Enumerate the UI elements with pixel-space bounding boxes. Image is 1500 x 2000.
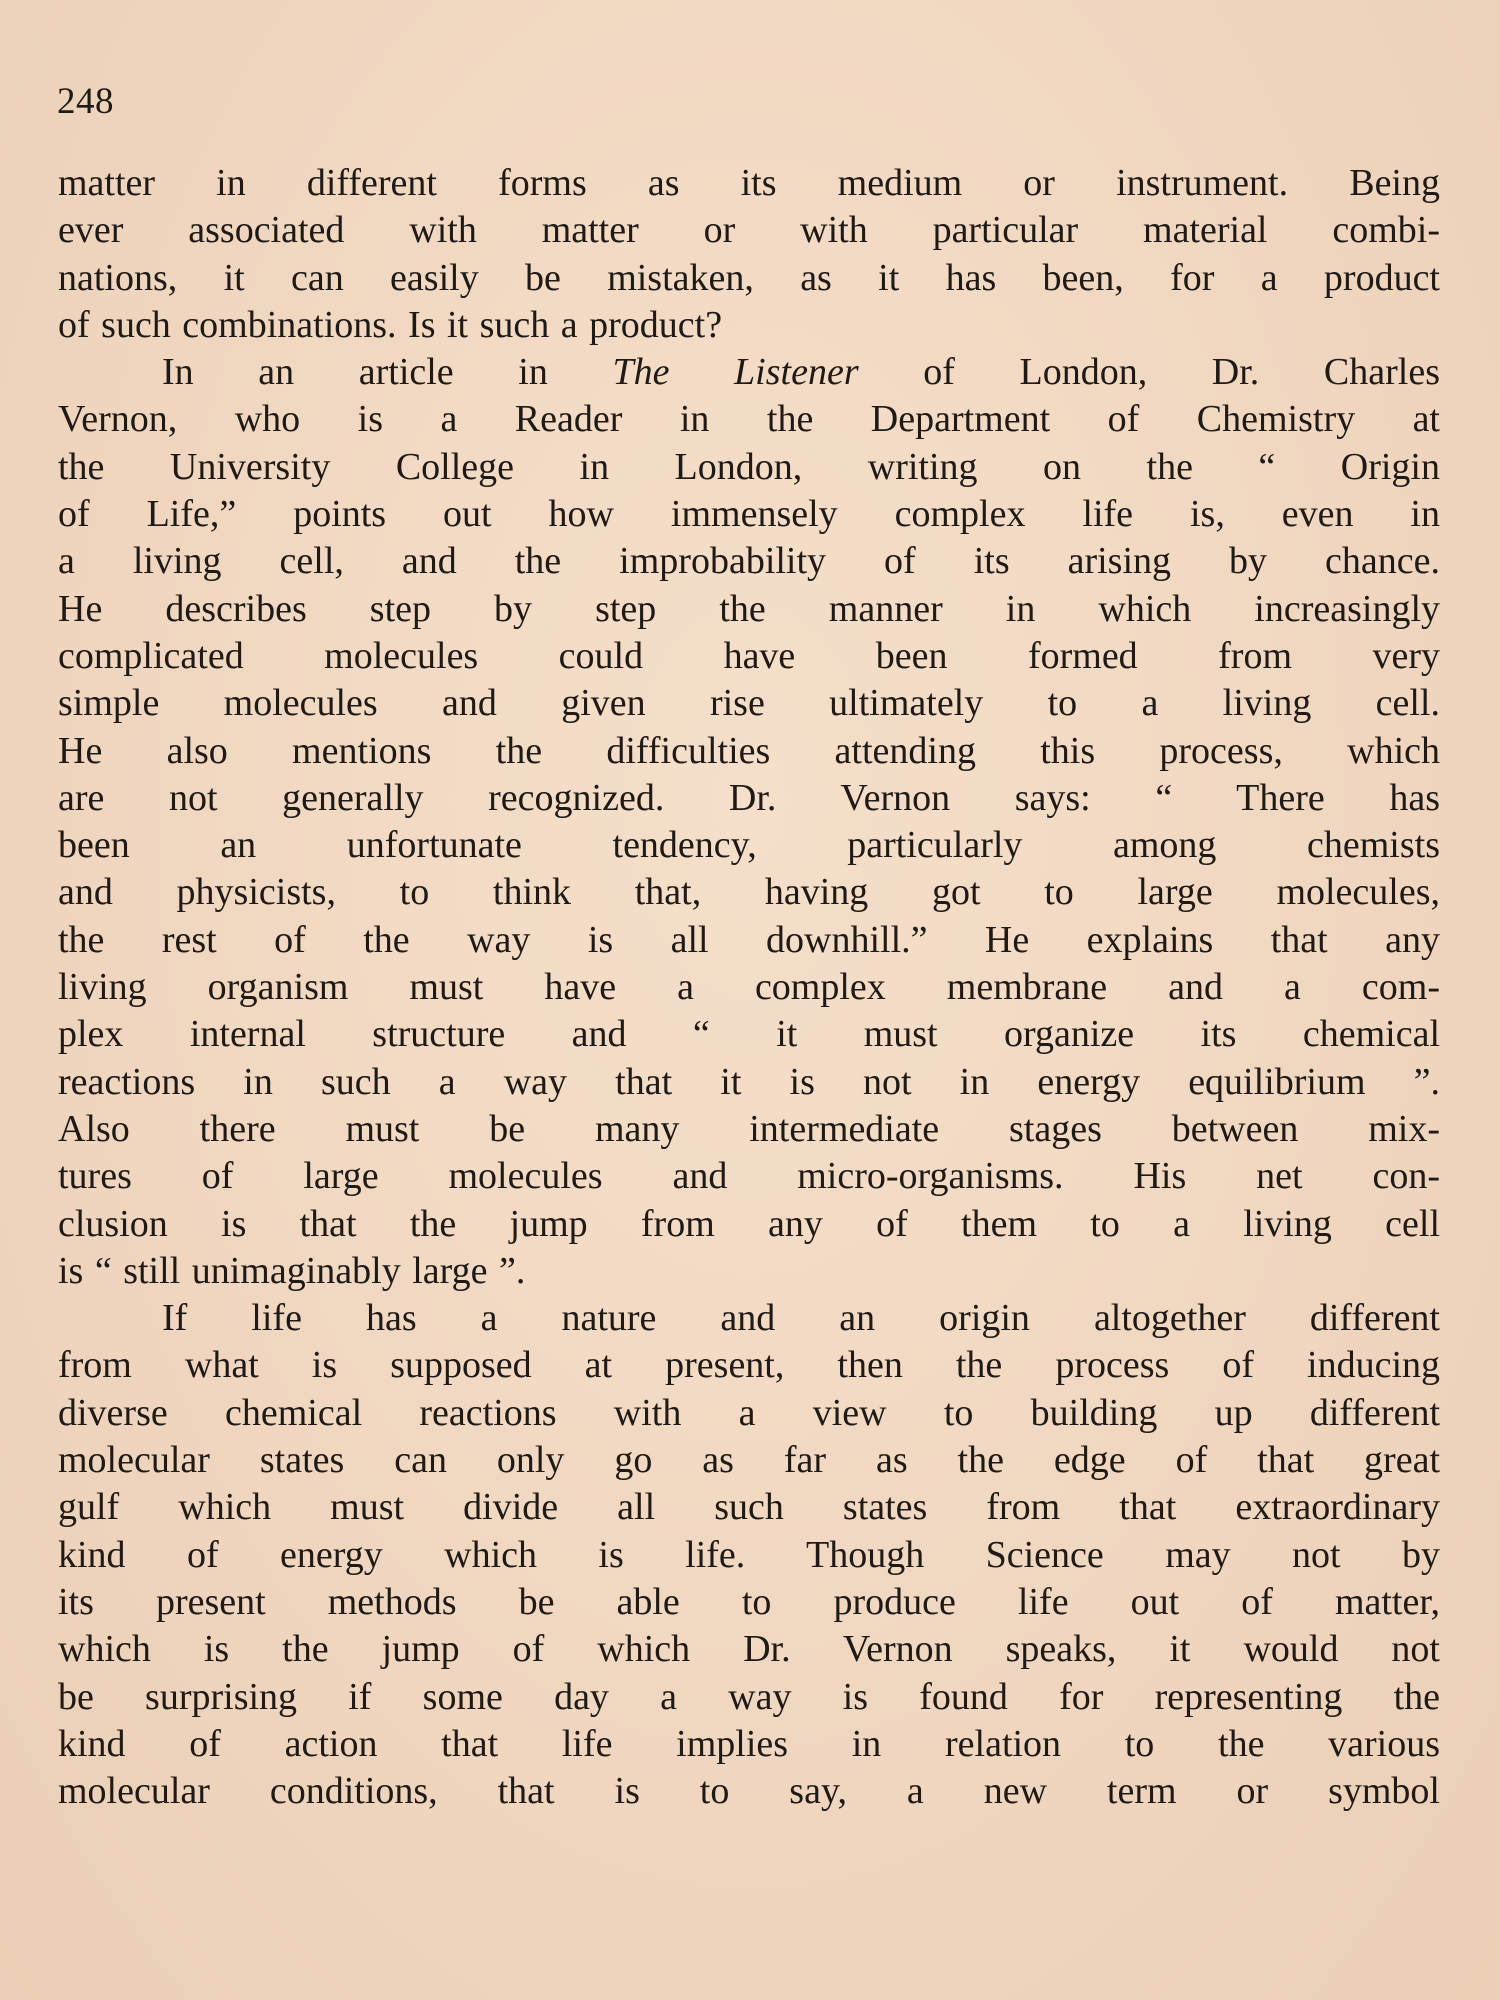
text-line: matter in different forms as its medium … — [58, 160, 1440, 207]
text-line: Also there must be many intermediate sta… — [58, 1106, 1440, 1153]
text-line: been an unfortunate tendency, particular… — [58, 822, 1440, 869]
text-line: diverse chemical reactions with a view t… — [58, 1390, 1440, 1437]
text-line: of Life,” points out how immensely compl… — [58, 491, 1440, 538]
text-line: If life has a nature and an origin altog… — [58, 1295, 1440, 1342]
text-line: complicated molecules could have been fo… — [58, 633, 1440, 680]
text-line: In an article in The Listener of London,… — [58, 349, 1440, 396]
text-line: plex internal structure and “ it must or… — [58, 1011, 1440, 1058]
text-line: reactions in such a way that it is not i… — [58, 1059, 1440, 1106]
text-line: the University College in London, writin… — [58, 444, 1440, 491]
text-line: is “ still unimaginably large ”. — [58, 1248, 1440, 1295]
text-line: tures of large molecules and micro-organ… — [58, 1153, 1440, 1200]
book-page: 248 matter in different forms as its med… — [0, 0, 1500, 2000]
text-line: from what is supposed at present, then t… — [58, 1342, 1440, 1389]
text-line: He describes step by step the manner in … — [58, 586, 1440, 633]
text-line: and physicists, to think that, having go… — [58, 869, 1440, 916]
text-line: kind of action that life implies in rela… — [58, 1721, 1440, 1768]
text-segment: In an article in — [162, 351, 612, 393]
text-line: kind of energy which is life. Though Sci… — [58, 1532, 1440, 1579]
text-line: the rest of the way is all downhill.” He… — [58, 917, 1440, 964]
text-line: which is the jump of which Dr. Vernon sp… — [58, 1626, 1440, 1673]
text-line: gulf which must divide all such states f… — [58, 1484, 1440, 1531]
text-line: Vernon, who is a Reader in the Departmen… — [58, 396, 1440, 443]
text-line: ever associated with matter or with part… — [58, 207, 1440, 254]
text-line: living organism must have a complex memb… — [58, 964, 1440, 1011]
text-line: simple molecules and given rise ultimate… — [58, 680, 1440, 727]
page-number: 248 — [57, 82, 114, 122]
text-line: are not generally recognized. Dr. Vernon… — [58, 775, 1440, 822]
body-text: matter in different forms as its medium … — [58, 160, 1440, 1815]
text-segment: of London, Dr. Charles — [859, 351, 1440, 393]
text-line: molecular states can only go as far as t… — [58, 1437, 1440, 1484]
text-line: nations, it can easily be mistaken, as i… — [58, 255, 1440, 302]
text-line: molecular conditions, that is to say, a … — [58, 1768, 1440, 1815]
publication-title: The Listener — [612, 351, 858, 393]
text-line: its present methods be able to produce l… — [58, 1579, 1440, 1626]
text-line: of such combinations. Is it such a produ… — [58, 302, 1440, 349]
text-line: a living cell, and the improbability of … — [58, 538, 1440, 585]
text-line: He also mentions the difficulties attend… — [58, 728, 1440, 775]
text-line: be surprising if some day a way is found… — [58, 1674, 1440, 1721]
text-line: clusion is that the jump from any of the… — [58, 1201, 1440, 1248]
